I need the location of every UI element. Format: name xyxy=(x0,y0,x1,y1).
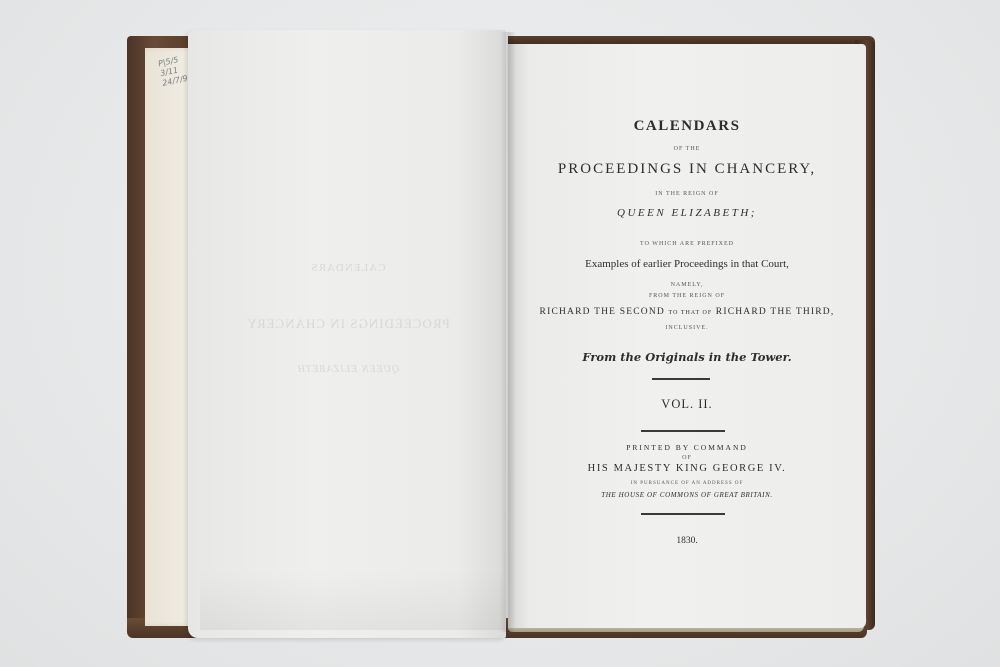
prefixed-line: TO WHICH ARE PREFIXED xyxy=(508,241,866,247)
king-line: HIS MAJESTY KING GEORGE IV. xyxy=(508,463,866,474)
title: CALENDARS xyxy=(508,118,866,135)
left-page-blank xyxy=(188,30,506,638)
to-that-of: TO THAT OF xyxy=(669,310,713,316)
printed-by-line: PRINTED BY COMMAND xyxy=(508,443,866,452)
divider-rule xyxy=(641,513,725,515)
volume: VOL. II. xyxy=(508,397,866,412)
house-line: THE HOUSE OF COMMONS OF GREAT BRITAIN. xyxy=(508,491,866,499)
ornament-rule xyxy=(652,378,710,380)
show-through-text: CALENDARS xyxy=(190,262,506,274)
pursuance-line: IN PURSUANCE OF AN ADDRESS OF xyxy=(508,481,866,486)
divider-rule xyxy=(641,430,725,432)
year: 1830. xyxy=(508,536,866,546)
examples-line: Examples of earlier Proceedings in that … xyxy=(508,258,866,270)
namely-line: NAMELY, xyxy=(508,282,866,288)
range-start: RICHARD THE SECOND xyxy=(540,307,665,317)
monarch: QUEEN ELIZABETH; xyxy=(508,207,866,219)
from-reign-line: FROM THE REIGN OF xyxy=(508,293,866,299)
source-line: From the Originals in the Tower. xyxy=(508,350,866,364)
left-page-shadow xyxy=(200,570,505,630)
show-through-text: PROCEEDINGS IN CHANCERY xyxy=(190,316,506,332)
inclusive-line: INCLUSIVE. xyxy=(508,325,866,331)
reign-range: RICHARD THE SECOND TO THAT OF RICHARD TH… xyxy=(508,307,866,317)
of-line: OF xyxy=(508,455,866,461)
reign-line: IN THE REIGN OF xyxy=(508,191,866,197)
subtitle: PROCEEDINGS IN CHANCERY, xyxy=(508,161,866,178)
show-through-text: QUEEN ELIZABETH xyxy=(190,364,506,375)
of-the-line: OF THE xyxy=(508,146,866,152)
range-end: RICHARD THE THIRD, xyxy=(716,307,835,317)
